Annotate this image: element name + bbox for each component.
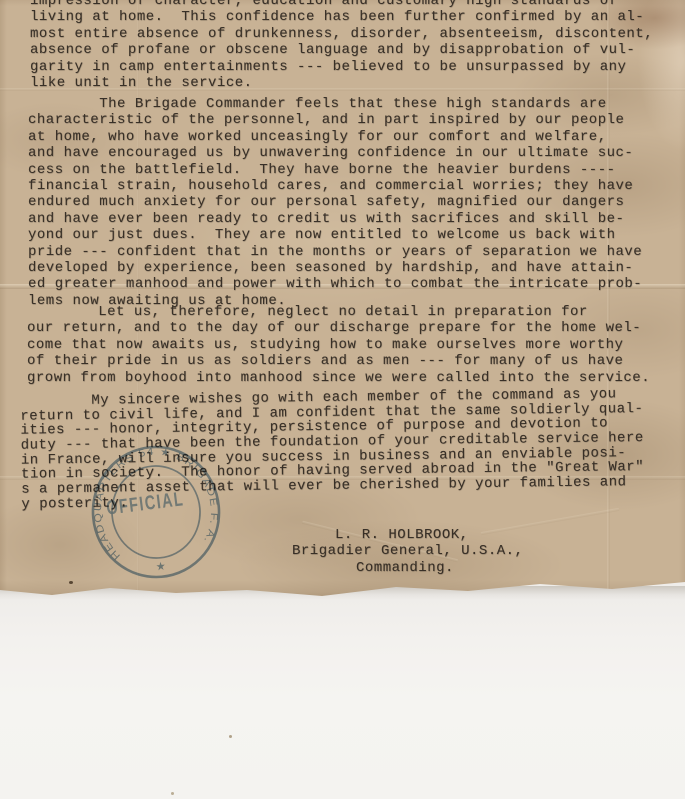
typed-line: impression of character, education and c… (30, 0, 653, 9)
typed-line: at home, who have worked unceasingly for… (28, 129, 642, 145)
typed-line: garity in camp entertainments --- believ… (30, 59, 653, 75)
typed-line: come that now awaits us, studying how to… (27, 337, 650, 353)
typed-line: pride --- confident that in the months o… (28, 244, 642, 260)
typed-line: developed by experience, been seasoned b… (28, 260, 642, 276)
typed-line: like unit in the service. (30, 75, 653, 91)
signature-title: Brigadier General, U.S.A., (292, 543, 523, 559)
typed-line: Let us, therefore, neglect no detail in … (27, 304, 650, 320)
typed-line: financial strain, household cares, and c… (28, 178, 642, 194)
ink-speck (229, 735, 232, 738)
typed-line: characteristic of the personnel, and in … (28, 112, 642, 128)
typed-line: grown from boyhood into manhood since we… (27, 370, 650, 386)
typed-line: endured much anxiety for our personal sa… (28, 194, 642, 210)
typed-line: most entire absence of drunkenness, diso… (30, 26, 653, 42)
signature-name: L. R. HOLBROOK, (335, 527, 469, 543)
typed-line: absence of profane or obscene language a… (30, 42, 653, 58)
typed-line: cess on the battlefield. They have borne… (28, 162, 642, 178)
typed-line: The Brigade Commander feels that these h… (28, 96, 642, 112)
typed-line: ed greater manhood and power with which … (28, 276, 642, 292)
paragraph-1: impression of character, education and c… (30, 0, 653, 91)
letter-paper: impression of character, education and c… (0, 0, 685, 600)
paragraph-2: The Brigade Commander feels that these h… (28, 96, 642, 309)
signature-role: Commanding. (356, 560, 454, 576)
typed-line: and have ever been ready to credit us wi… (28, 211, 642, 227)
stamp-bottom-star-icon: ★ (155, 559, 166, 573)
diagonal-wrinkle (481, 508, 619, 535)
ink-speck (171, 792, 174, 795)
paragraph-3: Let us, therefore, neglect no detail in … (27, 304, 650, 386)
typed-line: of their pride in us as soldiers and as … (27, 353, 650, 369)
stamp-center-text: OFFICIAL (105, 488, 185, 519)
typed-line: yond our just dues. They are now entitle… (28, 227, 642, 243)
ink-speck (69, 581, 73, 584)
typed-line: our return, and to the day of our discha… (27, 320, 650, 336)
official-stamp-icon: HEADQUARTERS 54 ★ BRIGADE F. A. ★ OFFICI… (64, 420, 248, 604)
typed-line: living at home. This confidence has been… (30, 9, 653, 25)
typed-line: and have encouraged us by unwavering con… (28, 145, 642, 161)
